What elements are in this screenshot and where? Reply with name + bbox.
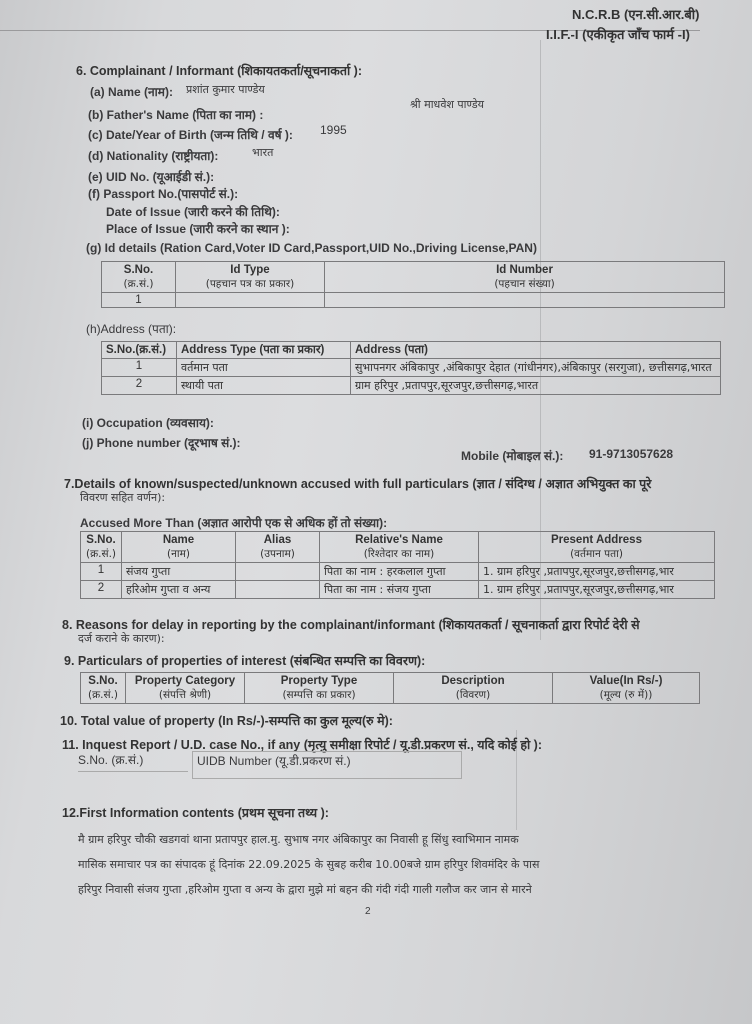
dob-label: (c) Date/Year of Birth (जन्म तिथि / वर्ष… — [88, 126, 293, 143]
section-10-title: 10. Total value of property (In Rs/-)-सम… — [60, 712, 393, 729]
fir-content-line-3: हरिपुर निवासी संजय गुप्ता ,हरिओम गुप्ता … — [78, 882, 532, 897]
table-row: 1 संजय गुप्ता पिता का नाम : हरकलाल गुप्त… — [81, 563, 715, 581]
address-table: S.No.(क्र.सं.) Address Type (पता का प्रक… — [101, 341, 721, 395]
page-number: 2 — [365, 906, 371, 917]
mobile-label: Mobile (मोबाइल सं.): — [461, 447, 563, 464]
uidb-number-field: UIDB Number (यू.डी.प्रकरण सं.) — [192, 751, 462, 779]
accused-table: S.No.(क्र.सं.) Name(नाम) Alias(उपनाम) Re… — [80, 531, 715, 599]
nationality-label: (d) Nationality (राष्ट्रीयता): — [88, 147, 218, 164]
id-details-table: S.No.(क्र.सं.) Id Type(पहचान पत्र का प्र… — [101, 261, 725, 308]
section-7-title-cont: विवरण सहित वर्णन): — [80, 490, 165, 505]
fir-content-line-1: मै ग्राम हरिपुर चौकी खडगवां थाना प्रतापप… — [78, 832, 519, 847]
table-row: 1 वर्तमान पता सुभापनगर अंबिकापुर ,अंबिका… — [102, 359, 721, 377]
section-12-title: 12.First Information contents (प्रथम सूच… — [62, 804, 329, 821]
section-6-title: 6. Complainant / Informant (शिकायतकर्ता/… — [76, 62, 362, 79]
table-row: 1 — [102, 293, 725, 308]
dob-value: 1995 — [320, 123, 347, 137]
father-name-value: श्री माधवेश पाण्डेय — [410, 97, 484, 112]
table-row: 2 स्थायी पता ग्राम हरिपुर ,प्रतापपुर,सूर… — [102, 377, 721, 395]
table-row: 2 हरिओम गुप्ता व अन्य पिता का नाम : संजय… — [81, 581, 715, 599]
nationality-value: भारत — [252, 145, 273, 160]
date-of-issue-label: Date of Issue (जारी करने की तिथि): — [106, 203, 280, 220]
mobile-value: 91-9713057628 — [589, 447, 673, 461]
inquest-sno-label: S.No. (क्र.सं.) — [78, 751, 188, 772]
uid-label: (e) UID No. (यूआईडी सं.): — [88, 168, 214, 185]
section-9-title: 9. Particulars of properties of interest… — [64, 652, 425, 669]
fir-content-line-2: मासिक समाचार पत्र का संपादक हूं दिनांक 2… — [78, 857, 539, 872]
ncrb-header: N.C.R.B (एन.सी.आर.बी) — [572, 5, 699, 23]
place-of-issue-label: Place of Issue (जारी करने का स्थान ): — [106, 220, 290, 237]
properties-table: S.No.(क्र.सं.) Property Category(संपत्ति… — [80, 672, 700, 704]
name-label: (a) Name (नाम): — [90, 83, 173, 100]
accused-more-than-label: Accused More Than (अज्ञात आरोपी एक से अध… — [80, 514, 387, 531]
father-name-label: (b) Father's Name (पिता का नाम) : — [88, 106, 263, 123]
section-8-title-cont: दर्ज कराने के कारण): — [78, 631, 165, 646]
phone-label: (j) Phone number (दूरभाष सं.): — [82, 434, 241, 451]
address-label: (h)Address (पता): — [86, 320, 176, 337]
passport-label: (f) Passport No.(पासपोर्ट सं.): — [88, 185, 238, 202]
form-header: I.I.F.-I (एकीकृत जाँच फार्म -I) — [546, 25, 690, 43]
occupation-label: (i) Occupation (व्यवसाय): — [82, 414, 214, 431]
name-value: प्रशांत कुमार पाण्डेय — [186, 82, 265, 97]
id-details-label: (g) Id details (Ration Card,Voter ID Car… — [86, 241, 537, 255]
